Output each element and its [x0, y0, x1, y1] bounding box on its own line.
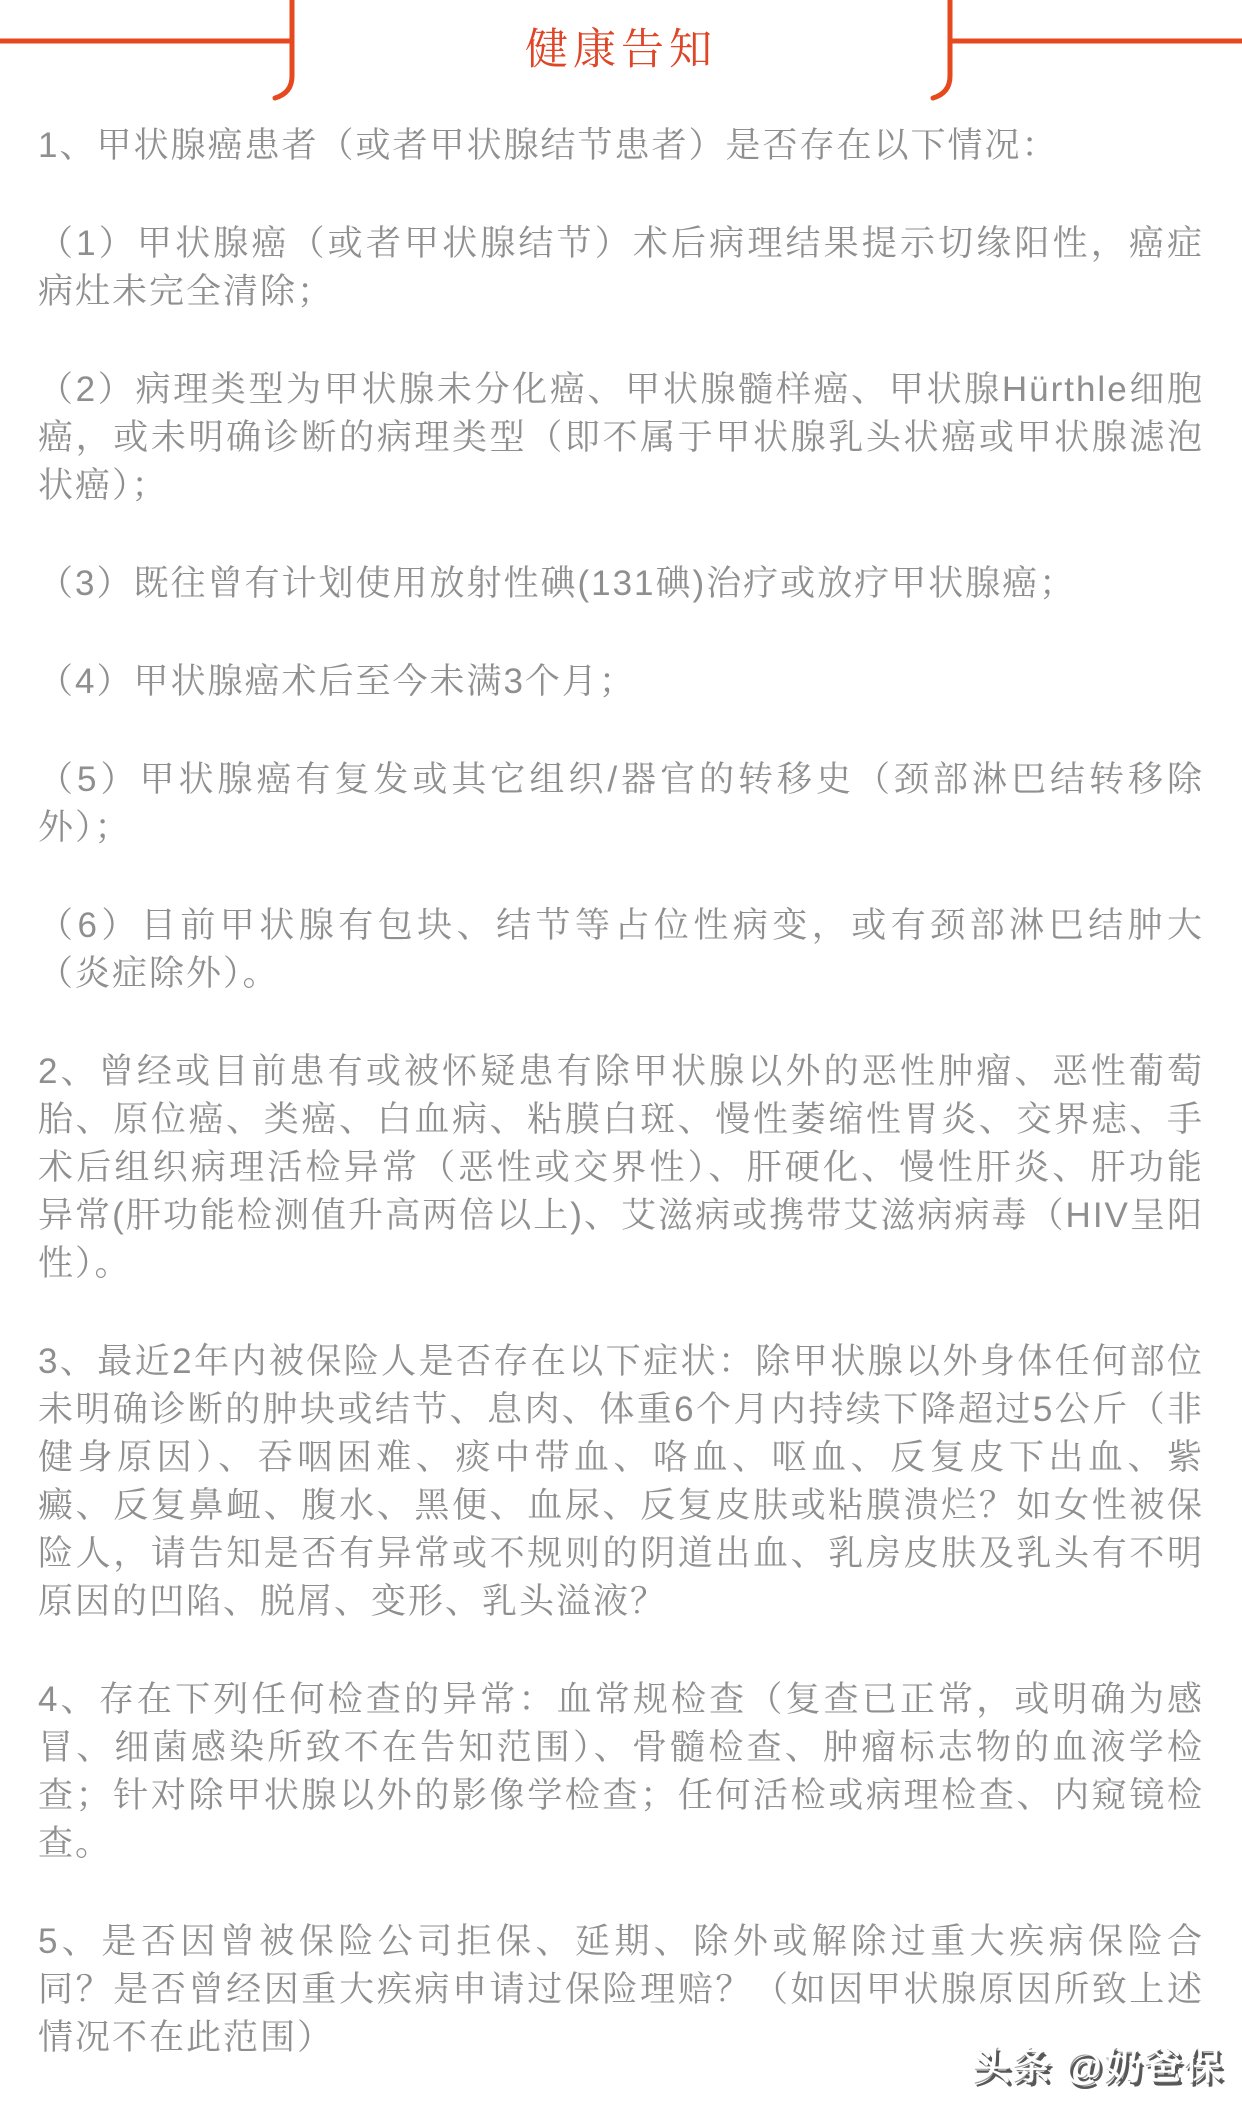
notice-item-1-sub-4: （4）甲状腺癌术后至今未满3个月； — [38, 658, 1204, 706]
notice-item-1-sub-5: （5）甲状腺癌有复发或其它组织/器官的转移史（颈部淋巴结转移除外）； — [38, 756, 1204, 852]
notice-item-4: 4、存在下列任何检查的异常：血常规检查（复查已正常，或明确为感冒、细菌感染所致不… — [38, 1676, 1204, 1868]
watermark: 头条 @奶爸保 — [972, 2035, 1224, 2090]
notice-item-1: 1、甲状腺癌患者（或者甲状腺结节患者）是否存在以下情况： — [38, 122, 1204, 170]
header: 健康告知 — [0, 0, 1242, 100]
notice-item-1-sub-1: （1）甲状腺癌（或者甲状腺结节）术后病理结果提示切缘阳性，癌症病灶未完全清除； — [38, 220, 1204, 316]
page-title: 健康告知 — [0, 16, 1242, 77]
notice-item-1-sub-6: （6）目前甲状腺有包块、结节等占位性病变，或有颈部淋巴结肿大（炎症除外）。 — [38, 902, 1204, 998]
notice-item-1-sub-2: （2）病理类型为甲状腺未分化癌、甲状腺髓样癌、甲状腺Hürthle细胞癌，或未明… — [38, 366, 1204, 510]
health-notice-body: 1、甲状腺癌患者（或者甲状腺结节患者）是否存在以下情况： （1）甲状腺癌（或者甲… — [0, 100, 1242, 2062]
notice-item-2: 2、曾经或目前患有或被怀疑患有除甲状腺以外的恶性肿瘤、恶性葡萄胎、原位癌、类癌、… — [38, 1048, 1204, 1288]
notice-item-3: 3、最近2年内被保险人是否存在以下症状：除甲状腺以外身体任何部位未明确诊断的肿块… — [38, 1338, 1204, 1626]
notice-item-1-sub-3: （3）既往曾有计划使用放射性碘(131碘)治疗或放疗甲状腺癌； — [38, 560, 1204, 608]
